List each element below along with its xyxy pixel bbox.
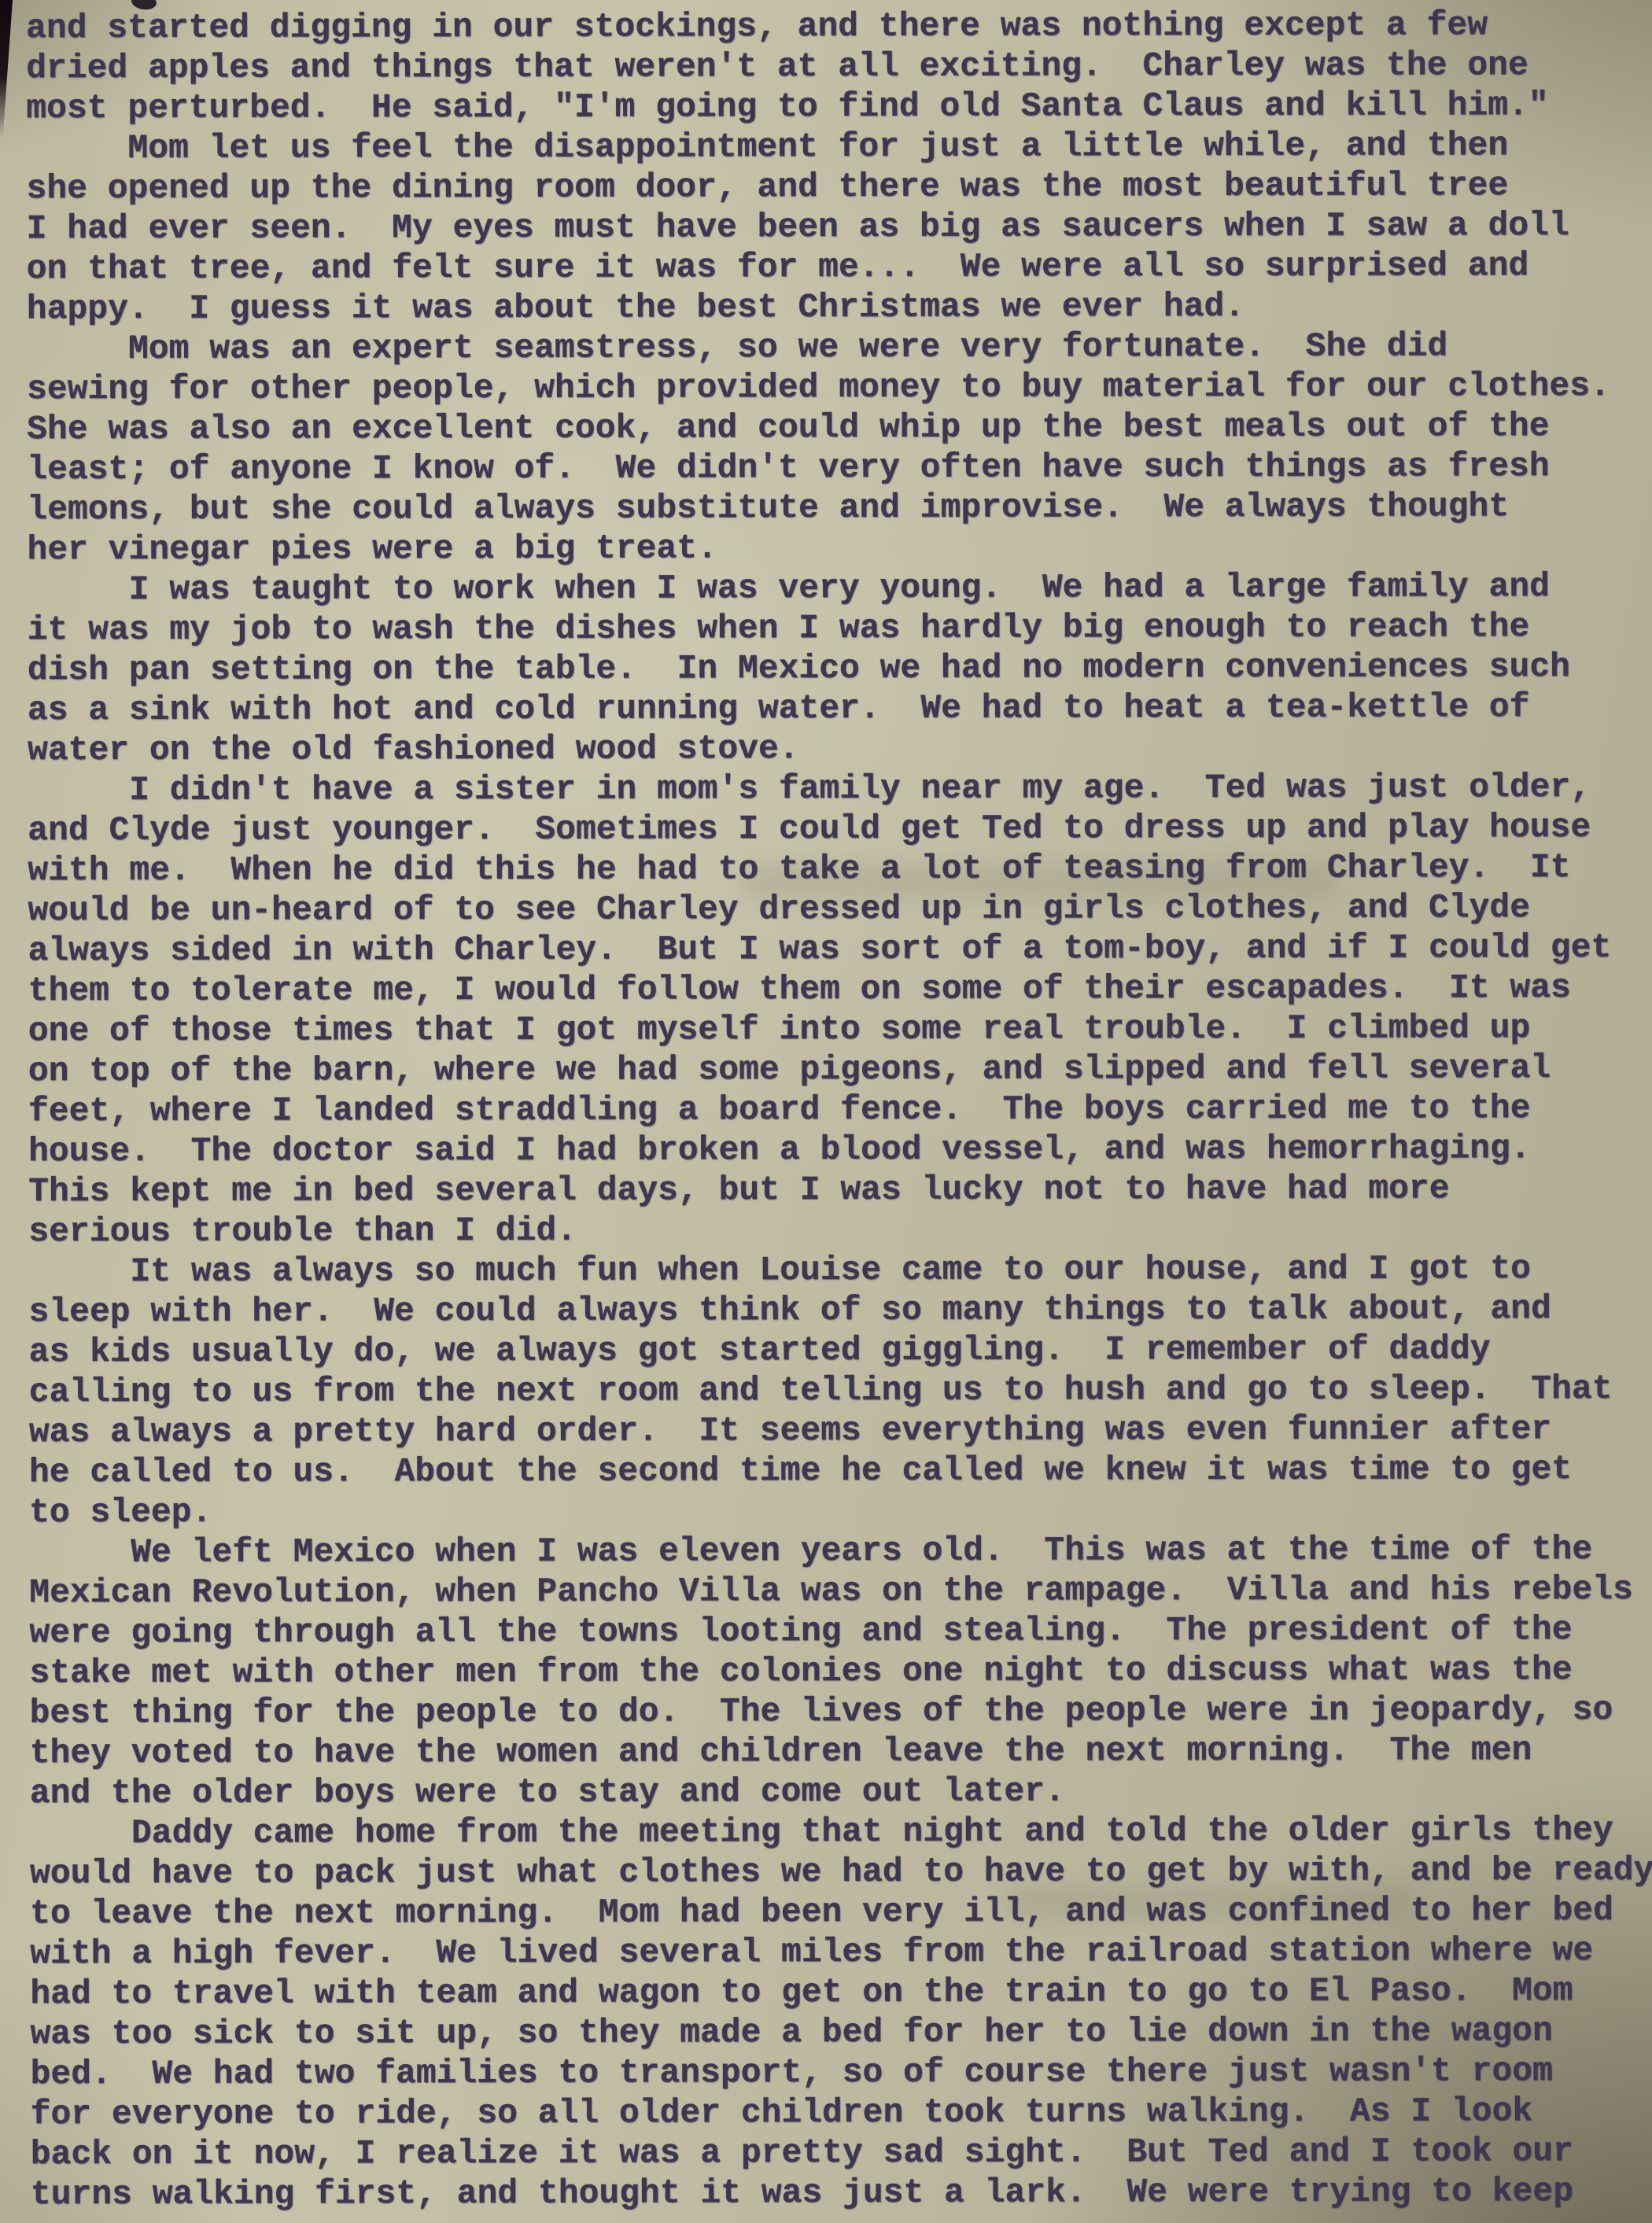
- text-line: and started digging in our stockings, an…: [26, 5, 1650, 48]
- text-line: water on the old fashioned wood stove.: [28, 727, 1651, 770]
- text-line: with me. When he did this he had to take…: [28, 847, 1651, 890]
- text-line: sewing for other people, which provided …: [27, 366, 1650, 409]
- text-line: for everyone to ride, so all older child…: [31, 2091, 1652, 2134]
- text-line: bed. We had two families to transport, s…: [31, 2051, 1652, 2094]
- text-line: would have to pack just what clothes we …: [30, 1850, 1652, 1893]
- text-line: Mom let us feel the disappointment for j…: [26, 125, 1650, 168]
- text-line: as a sink with hot and cold running wate…: [28, 687, 1651, 730]
- text-line: back on it now, I realize it was a prett…: [31, 2131, 1652, 2174]
- text-line: calling to us from the next room and tel…: [29, 1369, 1652, 1412]
- text-line: least; of anyone I know of. We didn't ve…: [27, 446, 1650, 489]
- text-line: was too sick to sit up, so they made a b…: [30, 2011, 1652, 2054]
- text-line: lemons, but she could always substitute …: [27, 486, 1650, 529]
- text-line: she opened up the dining room door, and …: [26, 165, 1650, 208]
- text-line: would be un-heard of to see Charley dres…: [28, 887, 1651, 931]
- text-line: they voted to have the women and childre…: [30, 1730, 1652, 1773]
- text-line: It was always so much fun when Louise ca…: [28, 1248, 1652, 1292]
- text-line: had to travel with team and wagon to get…: [30, 1970, 1652, 2014]
- text-line: and the older boys were to stay and come…: [30, 1770, 1652, 1813]
- text-line: on top of the barn, where we had some pi…: [28, 1048, 1652, 1091]
- text-line: them to tolerate me, I would follow them…: [28, 968, 1652, 1011]
- text-line: happy. I guess it was about the best Chr…: [27, 286, 1650, 329]
- text-line: her vinegar pies were a big treat.: [27, 526, 1650, 570]
- text-line: one of those times that I got myself int…: [28, 1008, 1652, 1051]
- text-line: were going through all the towns looting…: [29, 1609, 1652, 1653]
- text-line: feet, where I landed straddling a board …: [28, 1088, 1652, 1131]
- text-line: Mexican Revolution, when Pancho Villa wa…: [29, 1569, 1652, 1613]
- photo-edge-sliver: [0, 0, 13, 138]
- text-line: always sided in with Charley. But I was …: [28, 927, 1652, 971]
- text-line: I didn't have a sister in mom's family n…: [28, 767, 1651, 810]
- text-line: serious trouble than I did.: [28, 1208, 1652, 1252]
- text-line: as kids usually do, we always got starte…: [29, 1329, 1652, 1372]
- text-line: to sleep.: [29, 1489, 1652, 1532]
- text-line: This kept me in bed several days, but I …: [28, 1168, 1652, 1211]
- text-line: stake met with other men from the coloni…: [29, 1650, 1652, 1693]
- memoir-page: and started digging in our stockings, an…: [0, 0, 1652, 2223]
- text-line: was always a pretty hard order. It seems…: [29, 1409, 1652, 1452]
- text-line: and Clyde just younger. Sometimes I coul…: [28, 807, 1651, 850]
- text-line: sleep with her. We could always think of…: [28, 1288, 1652, 1332]
- text-line: I was taught to work when I was very you…: [28, 566, 1651, 610]
- text-line: Daddy came home from the meeting that ni…: [30, 1810, 1652, 1853]
- text-line: best thing for the people to do. The liv…: [30, 1690, 1652, 1733]
- text-line: dried apples and things that weren't at …: [26, 45, 1650, 88]
- text-line: turns walking first, and thought it was …: [31, 2171, 1652, 2214]
- text-line: to leave the next morning. Mom had been …: [30, 1890, 1652, 1934]
- text-line: it was my job to wash the dishes when I …: [28, 606, 1651, 650]
- text-line: with a high fever. We lived several mile…: [30, 1930, 1652, 1974]
- text-line: he called to us. About the second time h…: [29, 1449, 1652, 1492]
- text-line: Mom was an expert seamstress, so we were…: [27, 326, 1650, 369]
- text-line: She was also an excellent cook, and coul…: [27, 406, 1650, 449]
- text-line: I had ever seen. My eyes must have been …: [27, 205, 1650, 249]
- text-line: house. The doctor said I had broken a bl…: [28, 1128, 1652, 1171]
- text-line: most perturbed. He said, "I'm going to f…: [26, 85, 1650, 128]
- text-line: We left Mexico when I was eleven years o…: [29, 1529, 1652, 1572]
- typewritten-text: and started digging in our stockings, an…: [26, 5, 1652, 2214]
- text-line: dish pan setting on the table. In Mexico…: [28, 647, 1651, 690]
- text-line: on that tree, and felt sure it was for m…: [27, 245, 1650, 289]
